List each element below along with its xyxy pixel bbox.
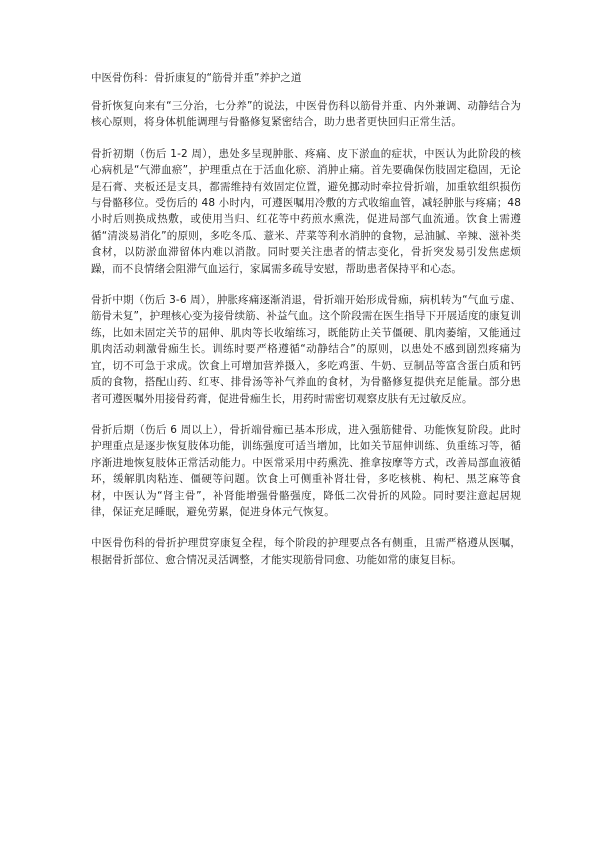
paragraph-conclusion: 中医骨伤科的骨折护理贯穿康复全程，每个阶段的护理要点各有侧重，且需严格遵从医嘱，… bbox=[91, 535, 521, 568]
paragraph-early-stage: 骨折初期（伤后 1-2 周），患处多呈现肿胀、疼痛、皮下淤血的症状，中医认为此阶… bbox=[91, 146, 521, 277]
document-page: 中医骨伤科：骨折康复的“筋骨并重”养护之道 骨折恢复向来有“三分治，七分养”的说… bbox=[91, 70, 521, 583]
paragraph-intro: 骨折恢复向来有“三分治，七分养”的说法，中医骨伤科以筋骨并重、内外兼调、动静结合… bbox=[91, 98, 521, 131]
paragraph-late-stage: 骨折后期（伤后 6 周以上），骨折端骨痂已基本形成，进入强筋健骨、功能恢复阶段。… bbox=[91, 422, 521, 520]
document-title: 中医骨伤科：骨折康复的“筋骨并重”养护之道 bbox=[91, 70, 521, 86]
paragraph-middle-stage: 骨折中期（伤后 3-6 周），肿胀疼痛逐渐消退，骨折端开始形成骨痂，病机转为“气… bbox=[91, 292, 521, 407]
